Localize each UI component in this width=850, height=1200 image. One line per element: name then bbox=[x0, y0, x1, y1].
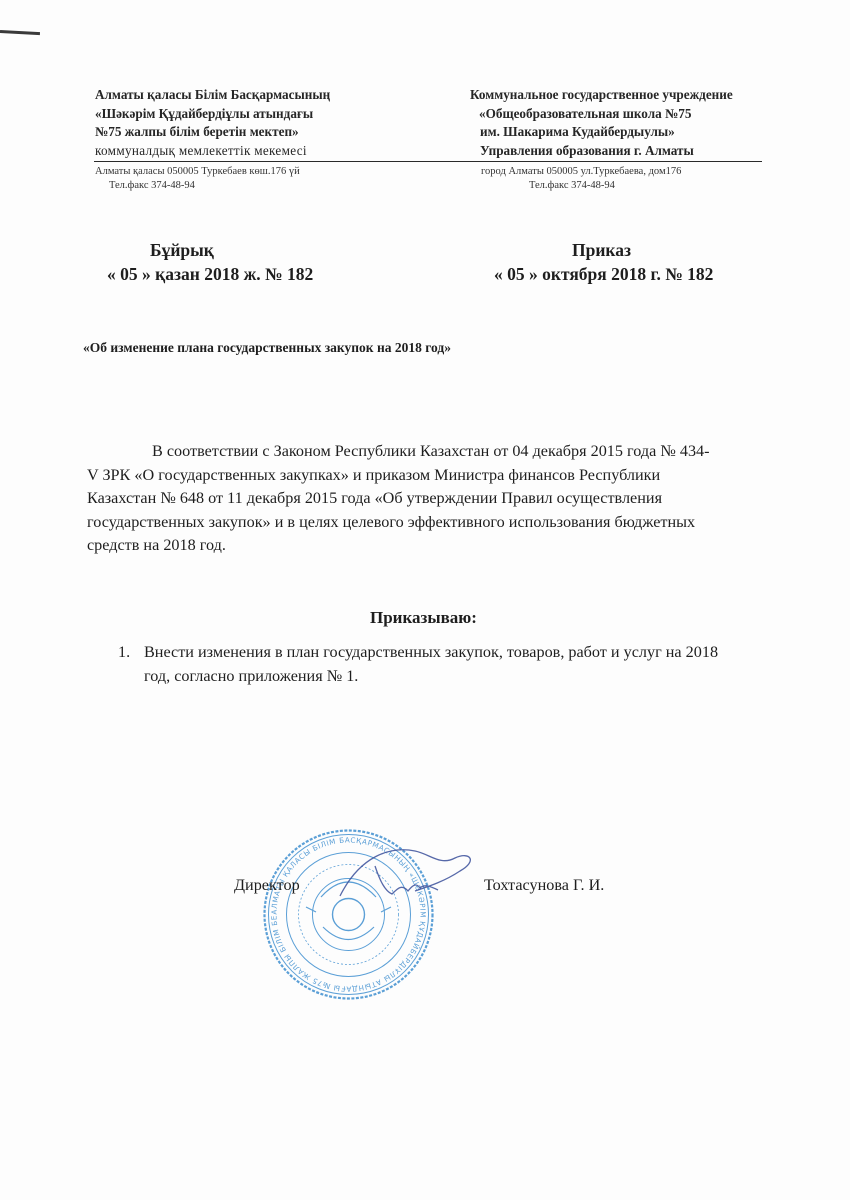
address-right-street: город Алматы 050005 ул.Туркебаева, дом17… bbox=[481, 165, 681, 179]
director-signature-icon bbox=[320, 836, 480, 916]
body-line: Казахстан № 648 от 11 декабря 2015 года … bbox=[87, 487, 777, 511]
header-left-line: Алматы қаласы Білім Басқармасының bbox=[95, 86, 330, 105]
header-left-line: коммуналдық мемлекеттік мекемесі bbox=[95, 142, 330, 161]
address-right: город Алматы 050005 ул.Туркебаева, дом17… bbox=[481, 165, 681, 193]
body-line: В соответствии с Законом Республики Каза… bbox=[87, 440, 777, 464]
body-paragraph: В соответствии с Законом Республики Каза… bbox=[87, 440, 777, 558]
header-right-line: «Общеобразовательная школа №75 bbox=[470, 105, 733, 124]
order-ru-date: « 05 » октября 2018 г. № 182 bbox=[494, 262, 713, 286]
decree-list: 1. Внести изменения в план государственн… bbox=[118, 641, 778, 688]
order-ru: Приказ « 05 » октября 2018 г. № 182 bbox=[494, 238, 713, 286]
decree-heading: Приказываю: bbox=[370, 608, 477, 628]
body-line: государственных закупок» и в целях целев… bbox=[87, 511, 777, 535]
director-title: Директор bbox=[234, 876, 300, 895]
header-right-line: Коммунальное государственное учреждение bbox=[470, 86, 733, 105]
order-ru-title: Приказ bbox=[494, 238, 713, 262]
header-right-line: им. Шакарима Кудайбердыулы» bbox=[470, 123, 733, 142]
order-kz-title: Бұйрық bbox=[107, 238, 313, 262]
scan-artifact-line bbox=[0, 30, 40, 35]
header-left-line: №75 жалпы білім беретін мектеп» bbox=[95, 123, 330, 142]
order-kz: Бұйрық « 05 » қазан 2018 ж. № 182 bbox=[107, 238, 313, 286]
address-left-phone: Тел.факс 374-48-94 bbox=[95, 179, 300, 193]
director-name: Тохтасунова Г. И. bbox=[484, 876, 604, 895]
header-right-ru: Коммунальное государственное учреждение … bbox=[470, 86, 733, 160]
address-left: Алматы қаласы 050005 Туркебаев көш.176 ү… bbox=[95, 165, 300, 193]
body-line: средств на 2018 год. bbox=[87, 534, 777, 558]
list-item-line: Внести изменения в план государственных … bbox=[144, 641, 778, 665]
header-right-line: Управления образования г. Алматы bbox=[470, 142, 733, 161]
list-item: 1. Внести изменения в план государственн… bbox=[118, 641, 778, 688]
header-divider bbox=[94, 161, 762, 162]
order-subject: «Об изменение плана государственных заку… bbox=[83, 340, 451, 356]
order-kz-date: « 05 » қазан 2018 ж. № 182 bbox=[107, 262, 313, 286]
header-left-line: «Шәкәрім Құдайбердіұлы атындағы bbox=[95, 105, 330, 124]
document-page: Алматы қаласы Білім Басқармасының «Шәкәр… bbox=[0, 0, 850, 1200]
list-item-line: год, согласно приложения № 1. bbox=[144, 665, 778, 689]
body-line: V ЗРК «О государственных закупках» и при… bbox=[87, 464, 777, 488]
address-left-street: Алматы қаласы 050005 Туркебаев көш.176 ү… bbox=[95, 165, 300, 179]
address-right-phone: Тел.факс 374-48-94 bbox=[481, 179, 681, 193]
list-item-number: 1. bbox=[118, 641, 130, 665]
header-left-kz: Алматы қаласы Білім Басқармасының «Шәкәр… bbox=[95, 86, 330, 160]
